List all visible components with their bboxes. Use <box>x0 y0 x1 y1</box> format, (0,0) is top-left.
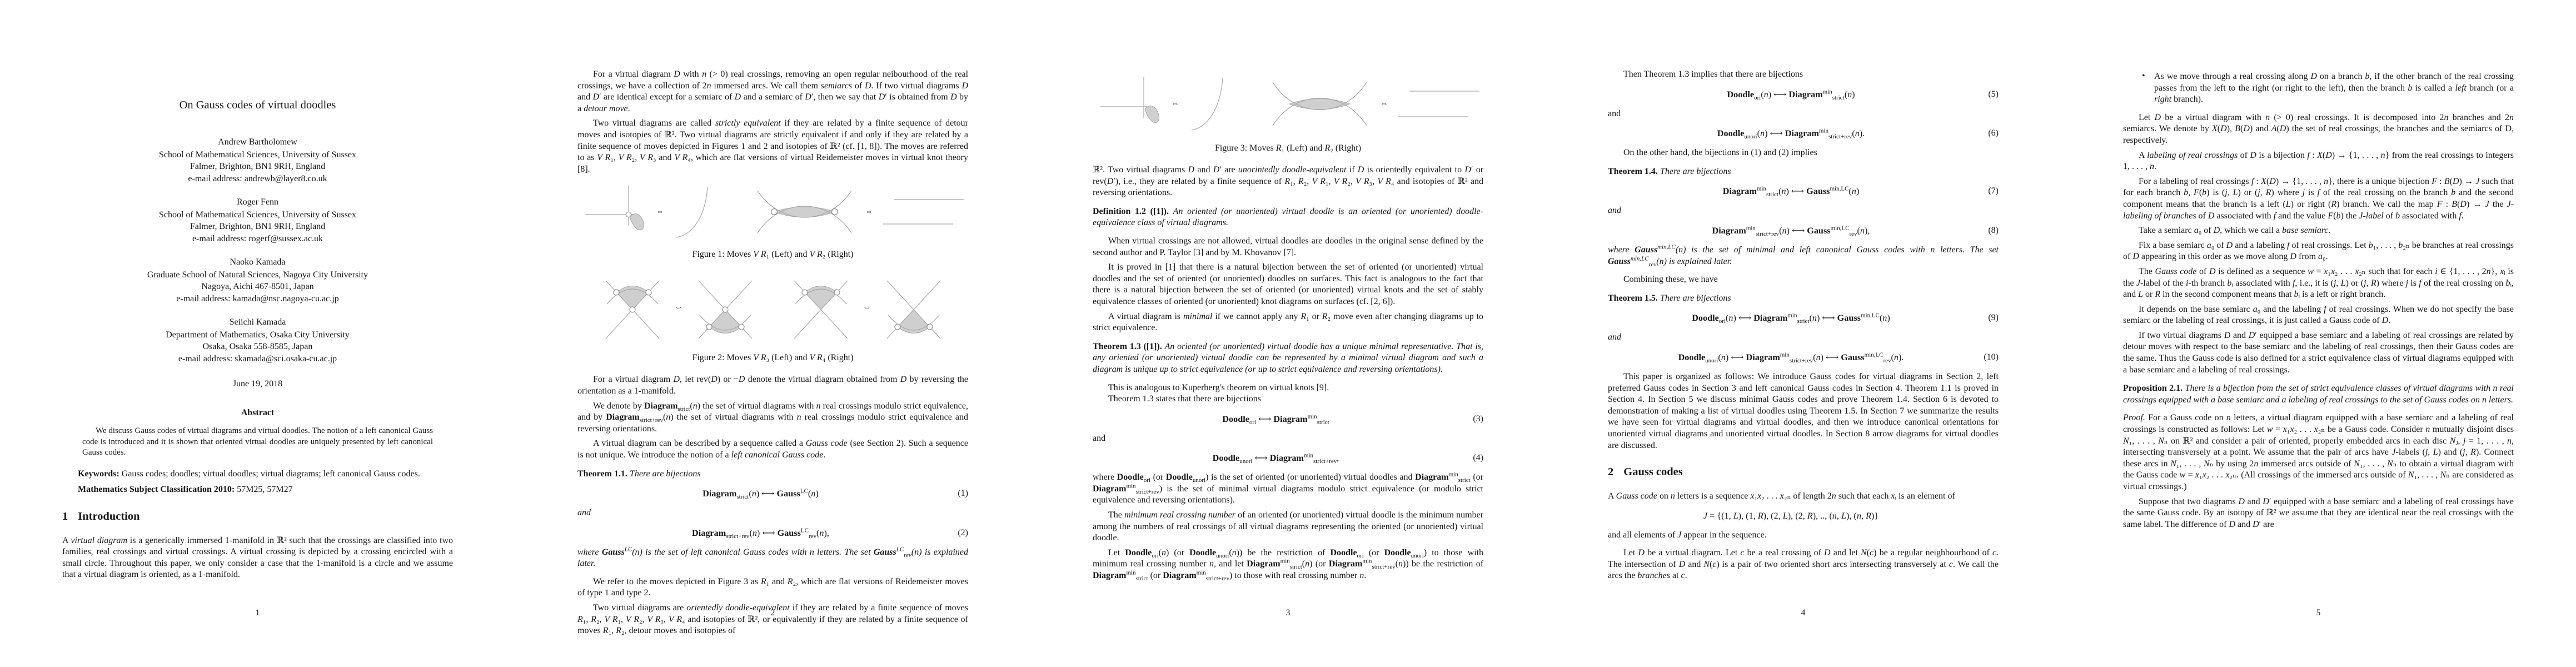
paper-date: June 19, 2018 <box>62 379 453 389</box>
paragraph: Let D be a virtual diagram with n (> 0) … <box>2123 112 2514 147</box>
equation-tag: (4) <box>1459 453 1483 463</box>
virtual-crossing-icon <box>771 209 778 215</box>
theorem-head: Theorem 1.3 ([1]). <box>1093 342 1162 351</box>
proposition-2-1: Proposition 2.1. There is a bijection fr… <box>2123 383 2514 406</box>
equation-9: Doodleori(n) ⟷ Diagramminstrict(n) ⟷ Gau… <box>1608 312 1999 323</box>
figure-3-caption: Figure 3: Moves R₁ (Left) and R₂ (Right) <box>1093 143 1483 153</box>
author-block-4: Seiichi Kamada Department of Mathematics… <box>62 316 453 365</box>
paragraph: Theorem 1.3 states that there are biject… <box>1093 394 1483 405</box>
virtual-crossing-icon <box>630 307 635 312</box>
figure-2: ⇔ ⇔ <box>577 271 968 344</box>
author-affiliation: Graduate School of Natural Sciences, Nag… <box>62 269 453 281</box>
author-affiliation: School of Mathematical Sciences, Univers… <box>62 149 453 161</box>
author-affiliation: Department of Mathematics, Osaka City Un… <box>62 329 453 341</box>
equation-1: Diagramstrict(n) ⟷ GaussLC(n) (1) <box>577 488 968 499</box>
virtual-crossing-icon <box>614 290 619 295</box>
paragraph: A virtual diagram can be described by a … <box>577 438 968 461</box>
abstract-text: We discuss Gauss codes of virtual diagra… <box>62 426 453 459</box>
keywords-line: Keywords: Gauss codes; doodles; virtual … <box>62 469 453 480</box>
paragraph: On the other hand, the bijections in (1)… <box>1608 147 1999 159</box>
author-block-3: Naoko Kamada Graduate School of Natural … <box>62 256 453 305</box>
equation-tag: (2) <box>944 528 968 538</box>
paragraph: If two virtual diagrams D and D′ equippe… <box>2123 330 2514 376</box>
section-heading-gauss-codes: 2Gauss codes <box>1608 466 1999 479</box>
equation-body: J = {(1, L), (1, R), (2, L), (2, R), ..,… <box>1608 511 1974 521</box>
theorem-where-clause: where GaussLC(n) is the set of left cano… <box>577 547 968 570</box>
paragraph: It depends on the base semiarc a₀ and th… <box>2123 304 2514 327</box>
equation-4: Doodleunori ⟷ Diagramminstrict+rev, (4) <box>1093 452 1483 464</box>
and-connector: and <box>1093 433 1483 445</box>
equivalence-arrow-icon: ⇔ <box>1380 99 1388 109</box>
theorem-1-4: Theorem 1.4. There are bijections <box>1608 166 1999 178</box>
equation-tag: (7) <box>1974 186 1999 196</box>
page-3: ⇔ ⇔ Figure 3: Moves R₁ (Left) and R₂ (Ri… <box>1030 0 1546 667</box>
figure-1-caption: Figure 1: Moves V R₁ (Left) and V R₂ (Ri… <box>577 250 968 260</box>
vr1-right-diagram <box>673 183 724 241</box>
section-title: Introduction <box>78 510 139 522</box>
author-affiliation: School of Mathematical Sciences, Univers… <box>62 209 453 221</box>
paragraph: Suppose that two diagrams D and D′ equip… <box>2123 496 2514 531</box>
equivalence-arrow-icon: ⇔ <box>675 303 683 312</box>
shaded-region <box>774 207 835 217</box>
theorem-body: There are bijections <box>1660 293 1731 303</box>
paragraph: This is analogous to Kuperberg's theorem… <box>1093 382 1483 394</box>
author-email: e-mail address: rogerf@sussex.ac.uk <box>62 233 453 245</box>
equation-body: Diagramminstrict(n) ⟷ Gaussmin,LC(n) <box>1608 186 1974 197</box>
paragraph: Take a semiarc a₀ of D, which we call a … <box>2123 225 2514 237</box>
proof-paragraph: Proof. For a Gauss code on n letters, a … <box>2123 412 2514 492</box>
abstract-heading: Abstract <box>62 408 453 418</box>
equation-5: Doodleori(n) ⟷ Diagramminstrict(n) (5) <box>1608 89 1999 100</box>
section-title: Gauss codes <box>1623 466 1683 478</box>
author-affiliation: Falmer, Brighton, BN1 9RH, England <box>62 161 453 173</box>
section-number: 1 <box>62 510 68 522</box>
equivalence-arrow-icon: ⇔ <box>863 303 871 312</box>
theorem-body: There are bijections <box>1660 167 1731 176</box>
author-email: e-mail address: kamada@nsc.nagoya-cu.ac.… <box>62 293 453 305</box>
theorem-body: There are bijections <box>630 469 701 479</box>
author-block-1: Andrew Bartholomew School of Mathematica… <box>62 136 453 185</box>
equation-body: Diagramstrict(n) ⟷ GaussLC(n) <box>577 488 944 499</box>
paragraph: where Doodleori (or Doodleunori) is the … <box>1093 472 1483 506</box>
vr3-left-diagram-b <box>692 271 759 344</box>
paragraph: We refer to the moves depicted in Figure… <box>577 576 968 599</box>
equation-body: Doodleunori(n) ⟷ Diagramminstrict+rev(n)… <box>1608 352 1974 363</box>
vr2-left-diagram <box>753 183 856 241</box>
author-affiliation: Nagoya, Aichi 467-8501, Japan <box>62 281 453 293</box>
paragraph: It is proved in [1] that there is a natu… <box>1093 262 1483 307</box>
equation-tag: (5) <box>1974 89 1999 99</box>
paragraph: When virtual crossings are not allowed, … <box>1093 236 1483 258</box>
paragraph: A Gauss code on n letters is a sequence … <box>1608 491 1999 502</box>
vr4-right-diagram-a <box>788 271 854 344</box>
equation-tag: (3) <box>1459 414 1483 424</box>
equivalence-arrow-icon: ⇔ <box>1171 99 1179 109</box>
equation-tag: (8) <box>1974 226 1999 236</box>
r2-right-diagram <box>1397 73 1481 135</box>
bullet-item: • As we move through a real crossing alo… <box>2123 71 2514 106</box>
vr2-right-diagram <box>882 183 965 241</box>
paragraph: For a labeling of real crossings f : X(D… <box>2123 176 2514 222</box>
r2-left-diagram <box>1268 73 1371 135</box>
page-number: 2 <box>515 608 1030 618</box>
author-name: Andrew Bartholomew <box>62 136 453 148</box>
paragraph: Then Theorem 1.3 implies that there are … <box>1608 69 1999 81</box>
virtual-crossing-icon <box>834 290 840 295</box>
virtual-crossing-icon <box>927 324 933 330</box>
figure-3: ⇔ ⇔ <box>1093 73 1483 135</box>
bullet-text: As we move through a real crossing along… <box>2154 71 2514 106</box>
page-1: On Gauss codes of virtual doodles Andrew… <box>0 0 515 667</box>
paragraph: A labeling of real crossings of D is a b… <box>2123 150 2514 173</box>
section-heading-introduction: 1Introduction <box>62 510 453 523</box>
shaded-region <box>630 214 644 230</box>
and-connector: and <box>577 507 968 519</box>
figure-2-caption: Figure 2: Moves V R₃ (Left) and V R₄ (Ri… <box>577 353 968 363</box>
theorem-head: Theorem 1.5. <box>1608 293 1658 303</box>
equation-body: Doodleori ⟷ Diagramminstrict <box>1093 414 1459 425</box>
theorem-1-1: Theorem 1.1. There are bijections <box>577 469 968 480</box>
page-number: 3 <box>1030 608 1546 618</box>
paragraph: For a virtual diagram D, let rev(D) or −… <box>577 374 968 397</box>
equation-body: Doodleunori ⟷ Diagramminstrict+rev, <box>1093 452 1459 464</box>
virtual-crossing-icon <box>895 324 900 330</box>
vr4-right-diagram-b <box>880 271 947 344</box>
paragraph: This paper is organized as follows: We i… <box>1608 371 1999 451</box>
equation-tag: (6) <box>1974 128 1999 138</box>
theorem-1-3: Theorem 1.3 ([1]). An oriented (or unori… <box>1093 341 1483 376</box>
author-affiliation: Falmer, Brighton, BN1 9RH, England <box>62 221 453 233</box>
paragraph: and all elements of J appear in the sequ… <box>1608 530 1999 541</box>
equation-body: Doodleori(n) ⟷ Diagramminstrict(n) <box>1608 89 1974 100</box>
paper-title: On Gauss codes of virtual doodles <box>62 99 453 112</box>
bullet-icon: • <box>2142 71 2154 106</box>
author-affiliation: Osaka, Osaka 558-8585, Japan <box>62 341 453 353</box>
page-5: • As we move through a real crossing alo… <box>2061 0 2576 667</box>
virtual-crossing-icon <box>739 324 744 330</box>
vr1-left-diagram <box>580 183 647 241</box>
author-name: Seiichi Kamada <box>62 316 453 328</box>
proposition-head: Proposition 2.1. <box>2123 384 2183 393</box>
section-number: 2 <box>1608 466 1613 478</box>
paper-screenshot: { "sym": { "iff": "⇔", "bullet": "•" }, … <box>0 0 2576 667</box>
virtual-crossing-icon <box>832 209 838 215</box>
theorem-head: Theorem 1.4. <box>1608 167 1658 176</box>
definition-1-2: Definition 1.2 ([1]). An oriented (or un… <box>1093 206 1483 229</box>
equation-body: Diagramstrict+rev(n) ⟷ GaussLCrev(n), <box>577 527 944 539</box>
equation-body: Doodleori(n) ⟷ Diagramminstrict(n) ⟷ Gau… <box>1608 312 1974 323</box>
page-number: 5 <box>2061 608 2576 618</box>
equation-tag: (9) <box>1974 313 1999 323</box>
paragraph: For a virtual diagram D with n (> 0) rea… <box>577 69 968 115</box>
equation-j-set: J = {(1, L), (1, R), (2, L), (2, R), ..,… <box>1608 511 1999 521</box>
and-connector: and <box>1608 332 1999 344</box>
paragraph: The Gauss code of D is defined as a sequ… <box>2123 266 2514 301</box>
paragraph: A virtual diagram is minimal if we canno… <box>1093 311 1483 334</box>
definition-head: Definition 1.2 ([1]). <box>1093 207 1169 216</box>
virtual-crossing-icon <box>626 212 631 217</box>
equation-tag: (10) <box>1974 352 1999 362</box>
author-email: e-mail address: andrewb@layer8.co.uk <box>62 173 453 185</box>
shaded-region <box>1289 99 1350 110</box>
page-2: For a virtual diagram D with n (> 0) rea… <box>515 0 1030 667</box>
equation-2: Diagramstrict+rev(n) ⟷ GaussLCrev(n), (2… <box>577 527 968 539</box>
paragraph: ℝ². Two virtual diagrams D and D′ are un… <box>1093 165 1483 199</box>
equation-body: Doodleunori(n) ⟷ Diagramminstrict+rev(n)… <box>1608 128 1974 139</box>
page-number: 1 <box>0 608 515 618</box>
equation-10: Doodleunori(n) ⟷ Diagramminstrict+rev(n)… <box>1608 352 1999 363</box>
paragraph: Fix a base semiarc a₀ of D and a labelin… <box>2123 240 2514 263</box>
paragraph: We denote by Diagramstrict(n) the set of… <box>577 401 968 435</box>
author-name: Roger Fenn <box>62 196 453 208</box>
and-connector: and <box>1608 108 1999 120</box>
theorem-head: Theorem 1.1. <box>577 469 627 479</box>
and-connector: and <box>1608 205 1999 217</box>
virtual-crossing-icon <box>706 324 712 330</box>
virtual-crossing-icon <box>723 307 728 312</box>
paragraph: Combining these, we have <box>1608 274 1999 286</box>
equation-3: Doodleori ⟷ Diagramminstrict (3) <box>1093 414 1483 425</box>
equivalence-arrow-icon: ⇔ <box>865 207 873 217</box>
theorem-1-5: Theorem 1.5. There are bijections <box>1608 293 1999 305</box>
author-block-2: Roger Fenn School of Mathematical Scienc… <box>62 196 453 245</box>
page-4: Then Theorem 1.3 implies that there are … <box>1546 0 2061 667</box>
virtual-crossing-icon <box>802 290 808 295</box>
virtual-crossing-icon <box>646 290 651 295</box>
paragraph: Let Doodleori(n) (or Doodleunori(n)) be … <box>1093 547 1483 582</box>
equation-8: Diagramminstrict+rev(n) ⟷ Gaussmin,LCrev… <box>1608 225 1999 236</box>
equation-6: Doodleunori(n) ⟷ Diagramminstrict+rev(n)… <box>1608 128 1999 139</box>
equation-7: Diagramminstrict(n) ⟷ Gaussmin,LC(n) (7) <box>1608 186 1999 197</box>
vr3-left-diagram-a <box>599 271 666 344</box>
paragraph: Let D be a virtual diagram. Let c be a r… <box>1608 547 1999 582</box>
paragraph: The minimum real crossing number of an o… <box>1093 510 1483 544</box>
paragraph: A virtual diagram is a generically immer… <box>62 535 453 581</box>
equation-body: Diagramminstrict+rev(n) ⟷ Gaussmin,LCrev… <box>1608 225 1974 236</box>
author-name: Naoko Kamada <box>62 256 453 268</box>
author-email: e-mail address: skamada@sci.osaka-cu.ac.… <box>62 353 453 365</box>
shaded-region <box>1145 106 1159 123</box>
figure-1: ⇔ ⇔ <box>577 183 968 241</box>
theorem-where-clause: where Gaussmin,LC(n) is the set of minim… <box>1608 245 1999 267</box>
r1-right-diagram <box>1188 73 1239 135</box>
equation-tag: (1) <box>944 489 968 499</box>
equivalence-arrow-icon: ⇔ <box>656 207 664 217</box>
msc-line: Mathematics Subject Classification 2010:… <box>62 484 453 496</box>
paragraph: Two virtual diagrams are called strictly… <box>577 118 968 175</box>
r1-left-diagram <box>1095 73 1162 135</box>
page-number: 4 <box>1546 608 2061 618</box>
